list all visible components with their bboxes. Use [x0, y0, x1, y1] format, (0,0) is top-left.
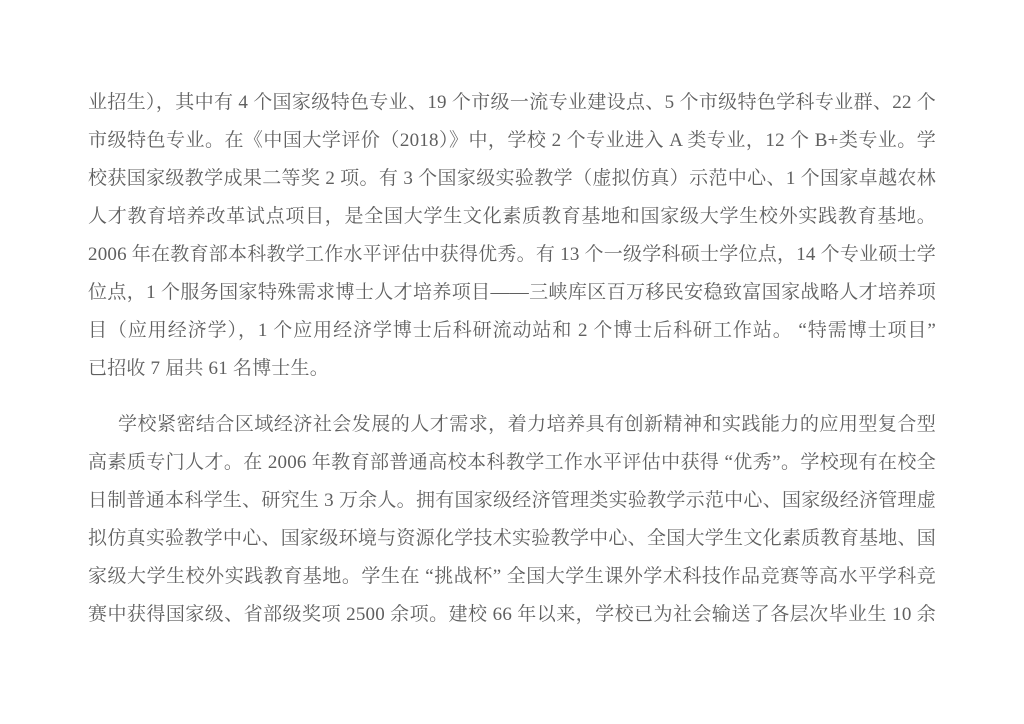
paragraph-line: 家级大学生校外实践教育基地。学生在 “挑战杯” 全国大学生课外学术科技作品竞赛等… — [88, 558, 936, 596]
paragraph-line: 学校紧密结合区域经济社会发展的人才需求，着力培养具有创新精神和实践能力的应用型复… — [88, 406, 936, 444]
paragraph-line: 目（应用经济学），1 个应用经济学博士后科研流动站和 2 个博士后科研工作站。 … — [88, 312, 936, 350]
paragraph-line: 人才教育培养改革试点项目，是全国大学生文化素质教育基地和国家级大学生校外实践教育… — [88, 198, 936, 236]
paragraph-2: 学校紧密结合区域经济社会发展的人才需求，着力培养具有创新精神和实践能力的应用型复… — [88, 406, 936, 634]
paragraph-line: 市级特色专业。在《中国大学评价（2018）》中，学校 2 个专业进入 A 类专业… — [88, 122, 936, 160]
paragraph-line: 拟仿真实验教学中心、国家级环境与资源化学技术实验教学中心、全国大学生文化素质教育… — [88, 520, 936, 558]
paragraph-line: 2006 年在教育部本科教学工作水平评估中获得优秀。有 13 个一级学科硕士学位… — [88, 236, 936, 274]
paragraph-line: 日制普通本科学生、研究生 3 万余人。拥有国家级经济管理类实验教学示范中心、国家… — [88, 482, 936, 520]
paragraph-line: 高素质专门人才。在 2006 年教育部普通高校本科教学工作水平评估中获得 “优秀… — [88, 444, 936, 482]
paragraph-line: 赛中获得国家级、省部级奖项 2500 余项。建校 66 年以来，学校已为社会输送… — [88, 596, 936, 634]
paragraph-line: 已招收 7 届共 61 名博士生。 — [88, 350, 936, 388]
paragraph-line: 校获国家级教学成果二等奖 2 项。有 3 个国家级实验教学（虚拟仿真）示范中心、… — [88, 160, 936, 198]
document-page: 业招生），其中有 4 个国家级特色专业、19 个市级一流专业建设点、5 个市级特… — [0, 0, 1024, 724]
paragraph-1: 业招生），其中有 4 个国家级特色专业、19 个市级一流专业建设点、5 个市级特… — [88, 84, 936, 388]
paragraph-line: 位点，1 个服务国家特殊需求博士人才培养项目——三峡库区百万移民安稳致富国家战略… — [88, 274, 936, 312]
paragraph-line: 业招生），其中有 4 个国家级特色专业、19 个市级一流专业建设点、5 个市级特… — [88, 84, 936, 122]
